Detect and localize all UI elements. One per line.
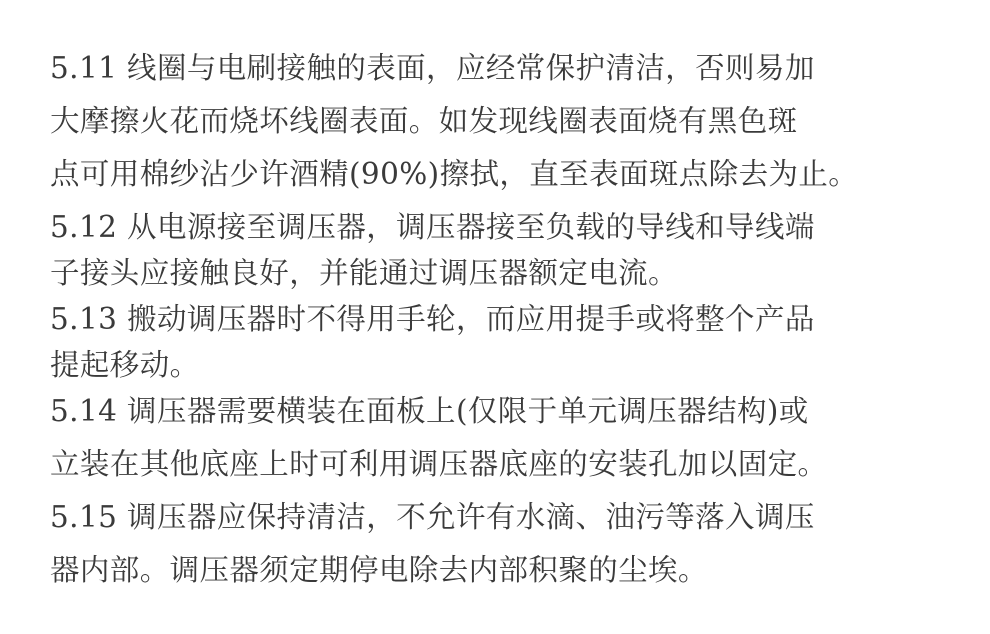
text-line: 点可用棉纱沾少许酒精(90%)擦拭，直至表面斑点除去为止。 (50, 156, 950, 192)
text-line: 5.14 调压器需要横装在面板上(仅限于单元调压器结构)或 (50, 393, 950, 429)
text-line: 提起移动。 (50, 347, 950, 383)
text-line: 子接头应接触良好，并能通过调压器额定电流。 (50, 255, 950, 291)
text-line: 大摩擦火花而烧坏线圈表面。如发现线圈表面烧有黑色斑 (50, 103, 950, 139)
text-line: 5.11 线圈与电刷接触的表面，应经常保护清洁，否则易加 (50, 50, 950, 86)
text-line: 器内部。调压器须定期停电除去内部积聚的尘埃。 (50, 552, 950, 588)
text-line: 5.12 从电源接至调压器，调压器接至负载的导线和导线端 (50, 209, 950, 245)
text-line: 5.15 调压器应保持清洁，不允许有水滴、油污等落入调压 (50, 499, 950, 535)
document-page: 5.11 线圈与电刷接触的表面，应经常保护清洁，否则易加 大摩擦火花而烧坏线圈表… (0, 0, 990, 634)
text-line: 5.13 搬动调压器时不得用手轮，而应用提手或将整个产品 (50, 301, 950, 337)
text-line: 立装在其他底座上时可利用调压器底座的安装孔加以固定。 (50, 446, 950, 482)
